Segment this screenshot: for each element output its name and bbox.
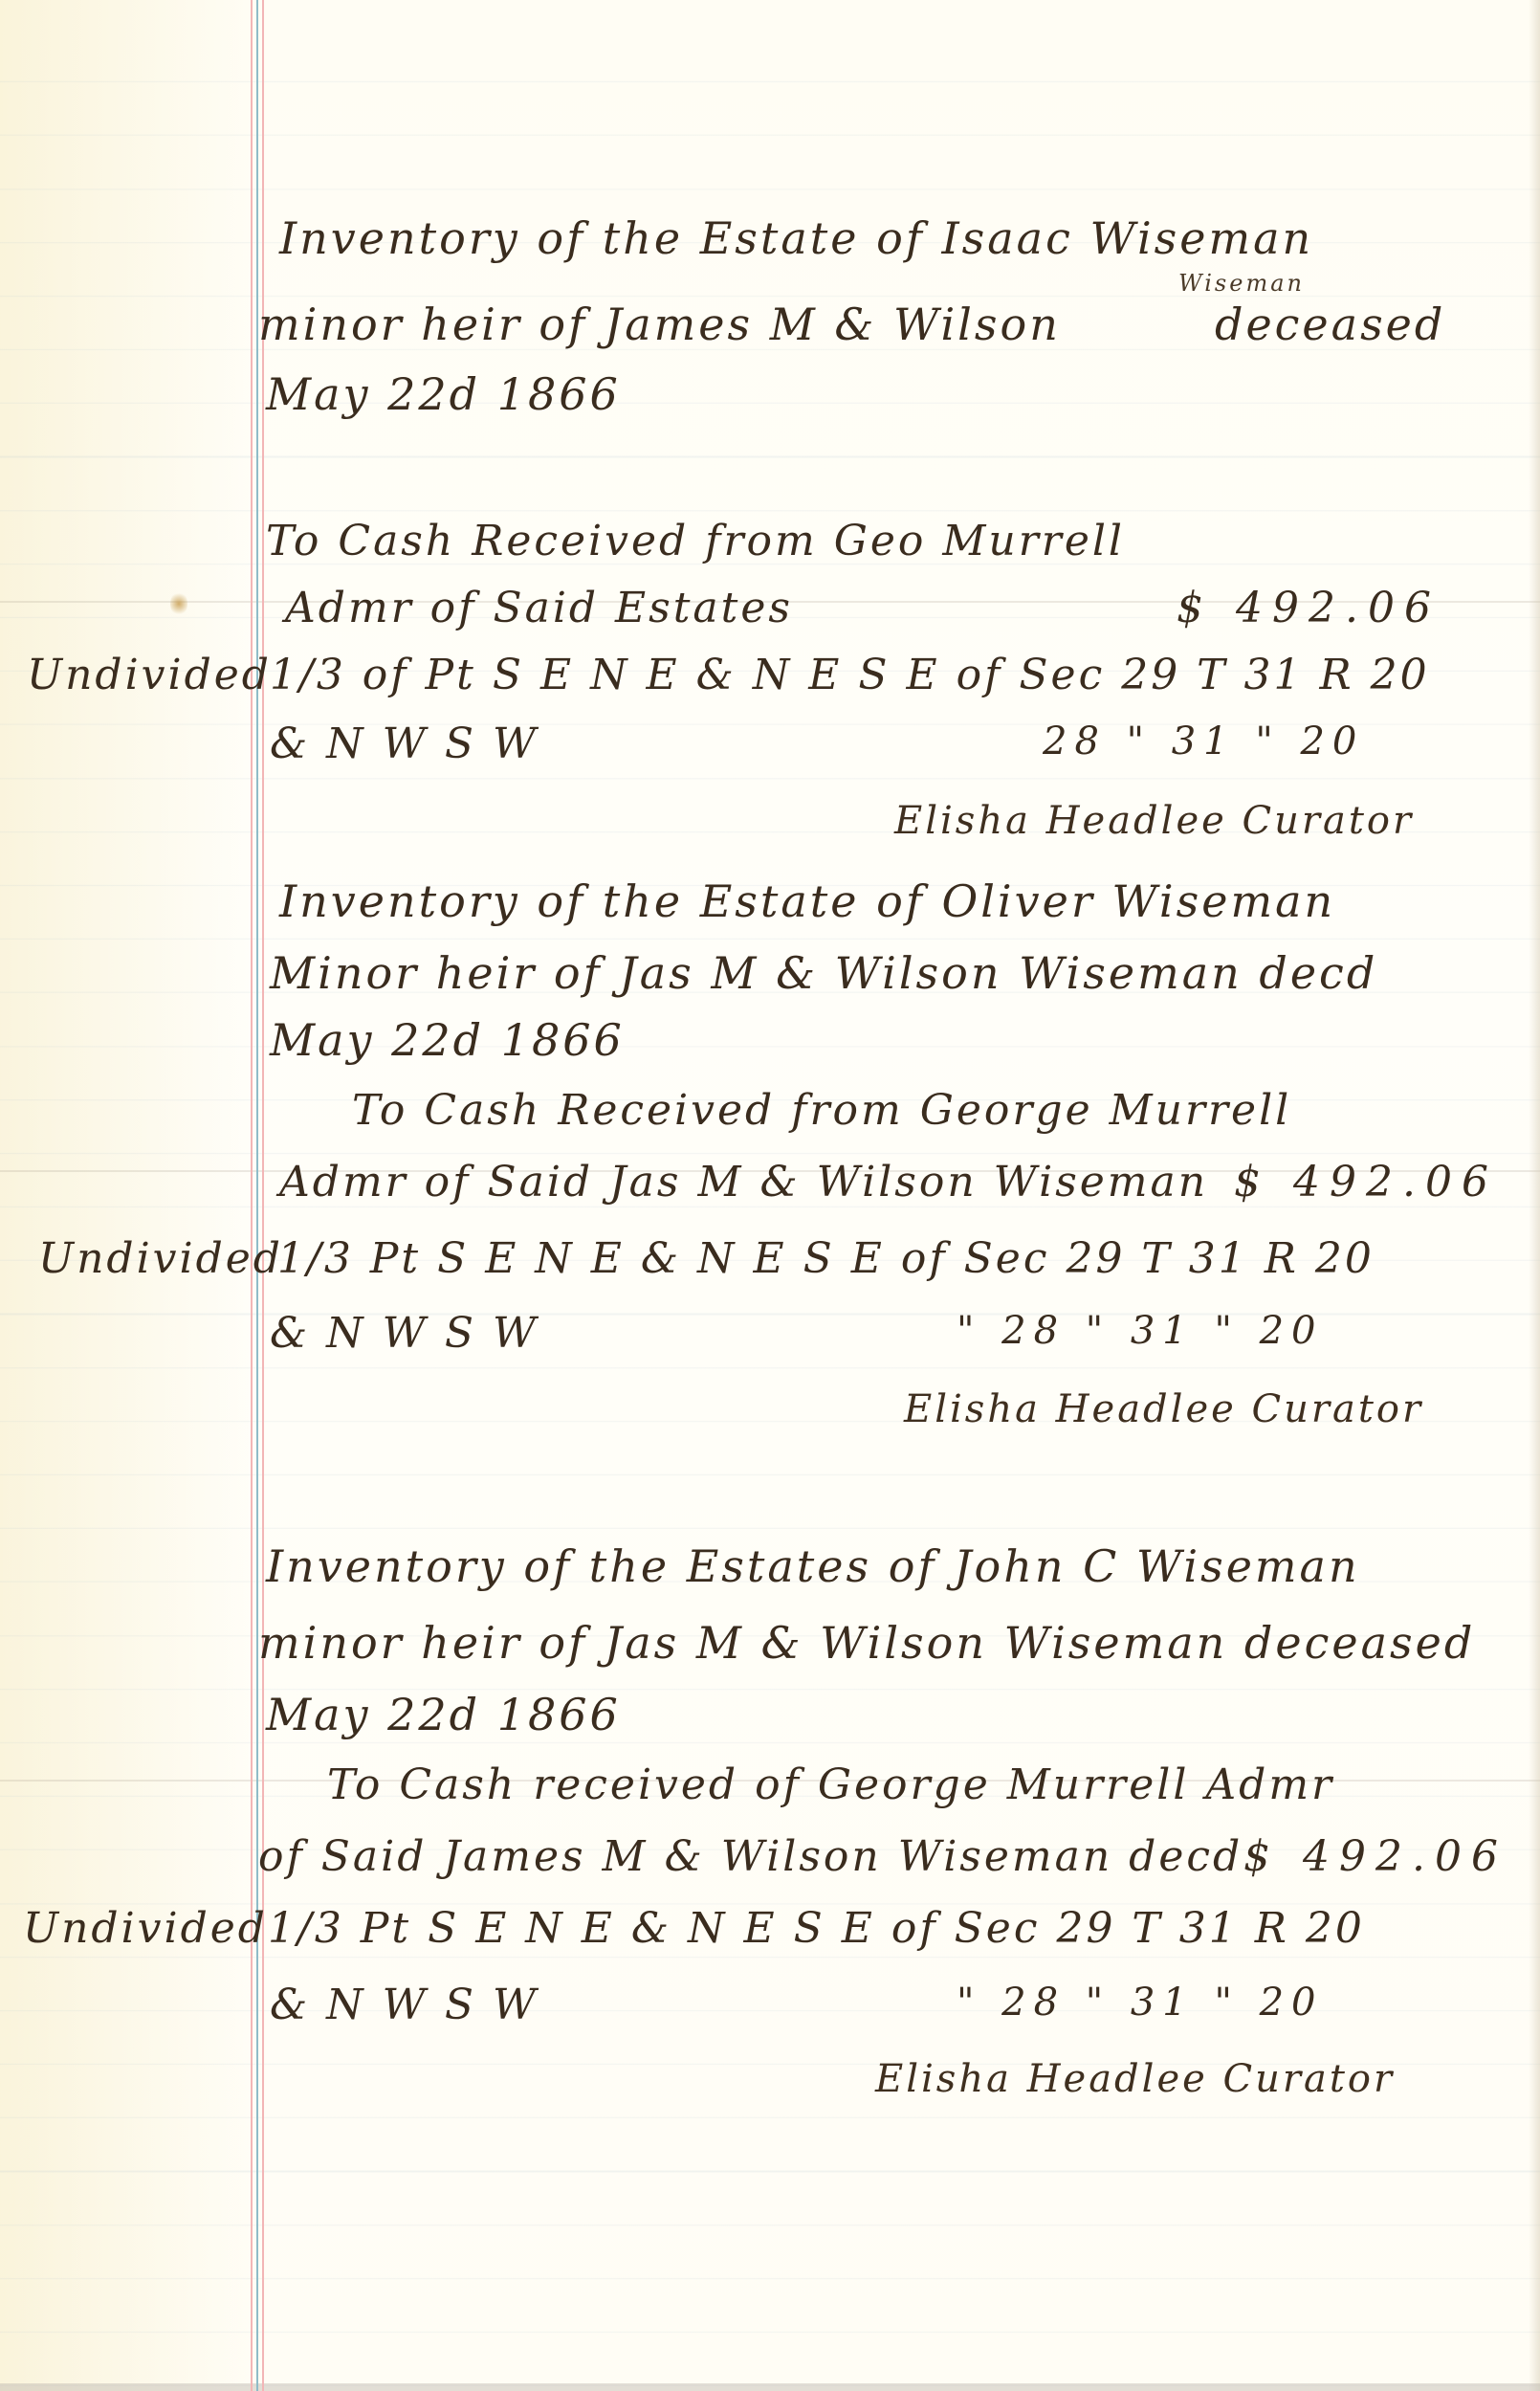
cash-received-line: To Cash Received from Geo Murrell — [266, 517, 1125, 565]
entry-date: May 22d 1866 — [266, 368, 621, 420]
page-edge — [0, 2383, 1540, 2391]
curator-signature: Elisha Headlee Curator — [904, 1387, 1423, 1431]
cash-received-line: To Cash received of George Murrell Admr — [327, 1760, 1334, 1809]
entry-heir-line: minor heir of James M & Wilson — [258, 299, 1061, 350]
entry-title: Inventory of the Estates of John C Wisem… — [266, 1540, 1360, 1592]
curator-signature: Elisha Headlee Curator — [894, 799, 1414, 843]
section-township-range: " 28 " 31 " 20 — [957, 1981, 1323, 2025]
administrator-line: Admr of Said Estates — [285, 584, 793, 632]
ink-stain — [170, 591, 187, 616]
entry-title: Inventory of the Estate of Oliver Wisema… — [279, 875, 1335, 927]
curator-signature: Elisha Headlee Curator — [875, 2057, 1395, 2101]
margin-label-undivided: Undivided — [27, 651, 272, 699]
amount: $ 492.06 — [1234, 1158, 1498, 1207]
entry-date: May 22d 1866 — [270, 1014, 625, 1066]
margin-line-pink — [262, 0, 264, 2391]
land-description: 1/3 of Pt S E N E & N E S E of Sec 29 T … — [270, 651, 1430, 699]
entry-heir-line: minor heir of Jas M & Wilson Wiseman dec… — [258, 1617, 1475, 1669]
margin-line-blue — [256, 0, 258, 2391]
entry-date: May 22d 1866 — [266, 1689, 621, 1740]
page-edge — [1529, 0, 1540, 2391]
margin-label-undivided: Undivided — [38, 1234, 283, 1283]
amount: $ 492.06 — [1177, 584, 1441, 632]
land-description: 1/3 Pt S E N E & N E S E of Sec 29 T 31 … — [268, 1904, 1365, 1953]
interlinear-insert: Wiseman — [1178, 270, 1305, 297]
administrator-line: Admr of Said Jas M & Wilson Wiseman — [279, 1158, 1208, 1207]
land-description-cont: & N W S W — [270, 1981, 539, 2029]
margin-label-undivided: Undivided — [23, 1904, 268, 1953]
land-description-cont: & N W S W — [270, 720, 539, 768]
section-township-range: 28 " 31 " 20 — [1043, 720, 1364, 764]
margin-line-pink — [251, 0, 253, 2391]
administrator-line: of Said James M & Wilson Wiseman decd — [258, 1832, 1243, 1881]
entry-title: Inventory of the Estate of Isaac Wiseman — [279, 212, 1313, 264]
amount: $ 492.06 — [1243, 1832, 1507, 1881]
entry-heir-line: Minor heir of Jas M & Wilson Wiseman dec… — [270, 947, 1377, 999]
entry-deceased: deceased — [1215, 299, 1445, 350]
land-description-cont: & N W S W — [270, 1309, 539, 1358]
land-description: 1/3 Pt S E N E & N E S E of Sec 29 T 31 … — [277, 1234, 1375, 1283]
document-page: Inventory of the Estate of Isaac Wiseman… — [0, 0, 1540, 2391]
section-township-range: " 28 " 31 " 20 — [957, 1309, 1323, 1353]
cash-received-line: To Cash Received from George Murrell — [352, 1086, 1291, 1135]
